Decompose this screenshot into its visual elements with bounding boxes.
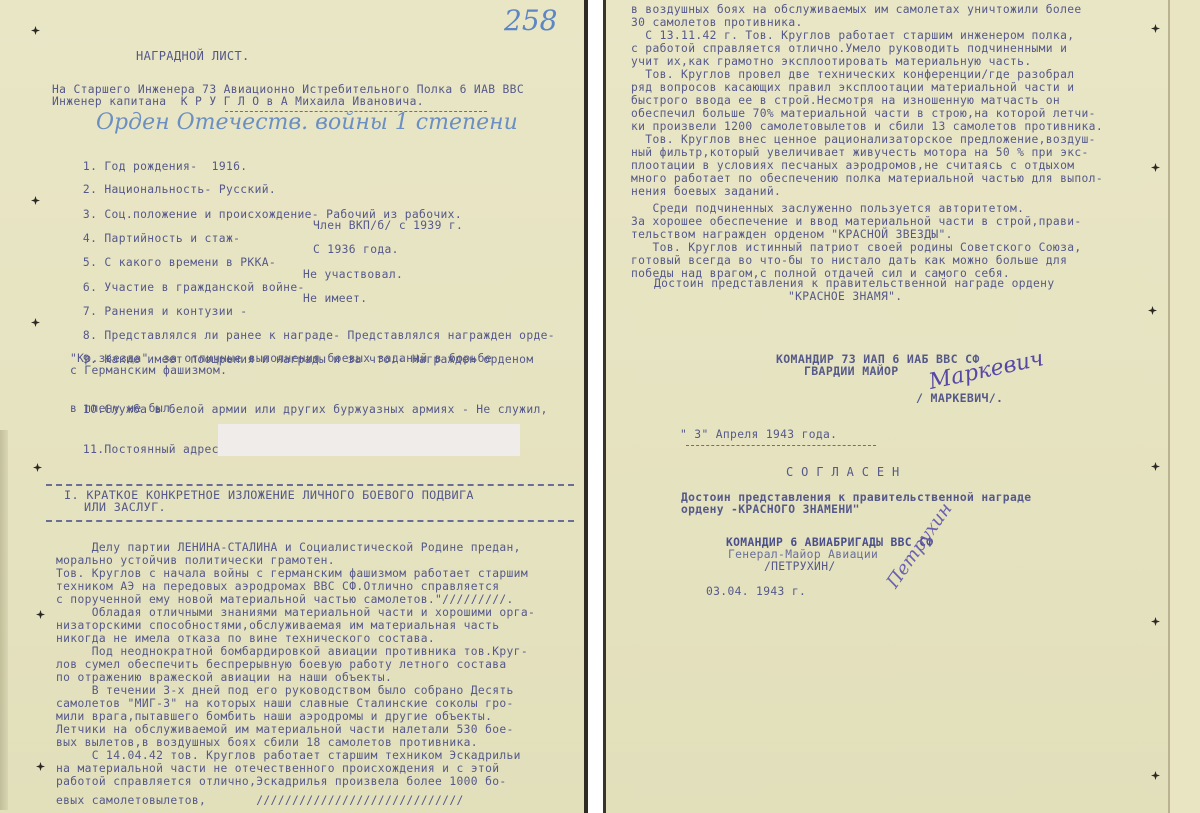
- body-line: в воздушных боях на обслуживаемых им сам…: [631, 3, 1151, 16]
- body-line: вых вылетов,в воздушных боях сбили 18 са…: [56, 736, 581, 749]
- body-line: Тов. Круглов истинный патриот своей роди…: [631, 241, 1151, 254]
- punch-hole: [1148, 306, 1157, 315]
- punch-hole: [1151, 617, 1160, 626]
- body-line: самолетов "МИГ-3" на которых наши славны…: [56, 697, 581, 710]
- field-value-5: С 1936 года.: [313, 243, 399, 256]
- punch-hole: [31, 26, 40, 35]
- body-line: Тов. Круглов внес ценное рационализаторс…: [631, 133, 1151, 146]
- award-sheet-page-2: в воздушных боях на обслуживаемых им сам…: [603, 0, 1200, 813]
- body-line: готовый всегда во что-бы то нистало дать…: [631, 254, 1151, 267]
- body-line: плоотации в условиях песчаных аэродромов…: [631, 159, 1151, 172]
- body-line: Среди подчиненных заслуженно пользуется …: [631, 202, 1151, 215]
- recipient-line-2: Инженер капитана К Р У Г Л О в А Михаила…: [52, 95, 424, 108]
- handwritten-award-note: Орден Отечеств. войны 1 степени: [96, 110, 518, 135]
- body-line: 30 самолетов противника.: [631, 16, 1151, 29]
- section-divider-bottom: [46, 520, 574, 522]
- punch-hole: [36, 762, 45, 771]
- body-line: тельством награжден орденом "КРАСНОЙ ЗВЕ…: [631, 228, 1151, 241]
- body-line: Делу партии ЛЕНИНА-СТАЛИНА и Социалистич…: [56, 541, 581, 554]
- body-line: с работой справляется отлично.Умело руко…: [631, 42, 1151, 55]
- field-value-7: Не имеет.: [303, 292, 367, 305]
- body-line: В течении 3-х дней под его руководством …: [56, 684, 581, 697]
- body-line: ный фильтр,который увеличивает живучесть…: [631, 146, 1151, 159]
- section-divider-top: [46, 484, 574, 486]
- body-line: работой справляется отлично,Эскадрилья п…: [56, 775, 581, 788]
- body-line: Тов. Круглов провел две технических конф…: [631, 68, 1151, 81]
- punch-hole: [1151, 771, 1160, 780]
- body-line: мили врага,пытавшего бомбить наши аэродр…: [56, 710, 581, 723]
- punch-hole: [1151, 462, 1160, 471]
- body-line: много работает по обеспечению полка мате…: [631, 172, 1151, 185]
- body-line: С 14.04.42 тов. Круглов работает старшим…: [56, 749, 581, 762]
- field-10-continuation: в плену не был.: [70, 402, 177, 415]
- approval-date: 03.04. 1943 г.: [706, 585, 806, 598]
- submission-date: " 3" Апреля 1943 года.: [680, 428, 837, 441]
- regiment-commander-name: / МАРКЕВИЧ/.: [916, 392, 1003, 405]
- punch-hole: [36, 610, 45, 619]
- body-line: ряд вопросов касающих правил эксплоотаци…: [631, 81, 1151, 94]
- agreed-line-2: ордену -КРАСНОГО ЗНАМЕНИ": [681, 503, 860, 516]
- award-sheet-page-1: 258 НАГРАДНОЙ ЛИСТ. На Старшего Инженера…: [0, 0, 588, 813]
- citation-body: Делу партии ЛЕНИНА-СТАЛИНА и Социалистич…: [56, 541, 581, 807]
- body-line: учит их,как грамотно эксплоотировать мат…: [631, 55, 1151, 68]
- body-line: ки произвели 1200 самолетовылетов и сбил…: [631, 120, 1151, 133]
- body-line: евых самолетовылетов, //////////////////…: [56, 794, 581, 807]
- body-line: техником АЭ на передовых аэродромах ВВС …: [56, 580, 581, 593]
- field-9-continuation-2: с Германским фашизмом.: [70, 364, 227, 377]
- page-edge: [1170, 0, 1200, 813]
- body-line: низаторскими способностями,обслуживаемая…: [56, 619, 581, 632]
- body-line: обеспечил больше 70% материальной части …: [631, 107, 1151, 120]
- field-label: Постоянный адрес -: [104, 443, 233, 456]
- body-line: С 13.11.42 г. Тов. Круглов работает стар…: [631, 29, 1151, 42]
- body-line: никогда не имела отказа по вине техничес…: [56, 632, 581, 645]
- body-line: на материальной части не отечественного …: [56, 762, 581, 775]
- body-line: быстрого ввода ее в строй.Несмотря на из…: [631, 94, 1151, 107]
- punch-hole: [1151, 163, 1160, 172]
- body-line: лов сумел обеспечить беспрерывную боевую…: [56, 658, 581, 671]
- punch-hole: [1151, 24, 1160, 33]
- punch-hole: [31, 196, 40, 205]
- document-title: НАГРАДНОЙ ЛИСТ.: [136, 50, 250, 63]
- field-row-11: 11.Постоянный адрес -: [40, 430, 233, 469]
- regiment-commander-rank: ГВАРДИИ МАЙОР: [804, 365, 899, 378]
- citation-body-continued: в воздушных боях на обслуживаемых им сам…: [631, 3, 1151, 280]
- field-value-4: Член ВКП/б/ с 1939 г.: [313, 219, 463, 232]
- date-underline: [686, 445, 876, 446]
- agreed-heading: С О Г Л А С Е Н: [786, 466, 900, 479]
- recommendation-line-1: Достоин представления к правительственно…: [654, 277, 1054, 290]
- punch-hole: [31, 318, 40, 327]
- brigade-commander-name: /ПЕТРУХИН/: [764, 560, 836, 573]
- body-line: Под неоднократной бомбардировкой авиации…: [56, 645, 581, 658]
- recommendation-line-2: "КРАСНОЕ ЗНАМЯ".: [788, 290, 902, 303]
- body-line: Тов. Круглов с начала войны с германским…: [56, 567, 581, 580]
- section-title-2: ИЛИ ЗАСЛУГ.: [84, 501, 166, 514]
- field-number: 11.: [83, 443, 104, 456]
- field-value-6: Не участвовал.: [303, 268, 403, 281]
- folio-number: 258: [504, 4, 557, 37]
- body-line: морально устойчив политически грамотен.: [56, 554, 581, 567]
- body-line: За хорошее обеспечение и ввод материальн…: [631, 215, 1151, 228]
- field-value: Не служил,: [476, 403, 548, 416]
- body-line: с порученной ему новой материальной част…: [56, 593, 581, 606]
- body-line: Летчики на обслуживаемой им материальной…: [56, 723, 581, 736]
- redacted-address: [218, 424, 520, 456]
- body-line: по отражению вражеской авиации на наши о…: [56, 671, 581, 684]
- body-line: нения боевых заданий.: [631, 185, 1151, 198]
- body-line: Обладая отличными знаниями материальной …: [56, 606, 581, 619]
